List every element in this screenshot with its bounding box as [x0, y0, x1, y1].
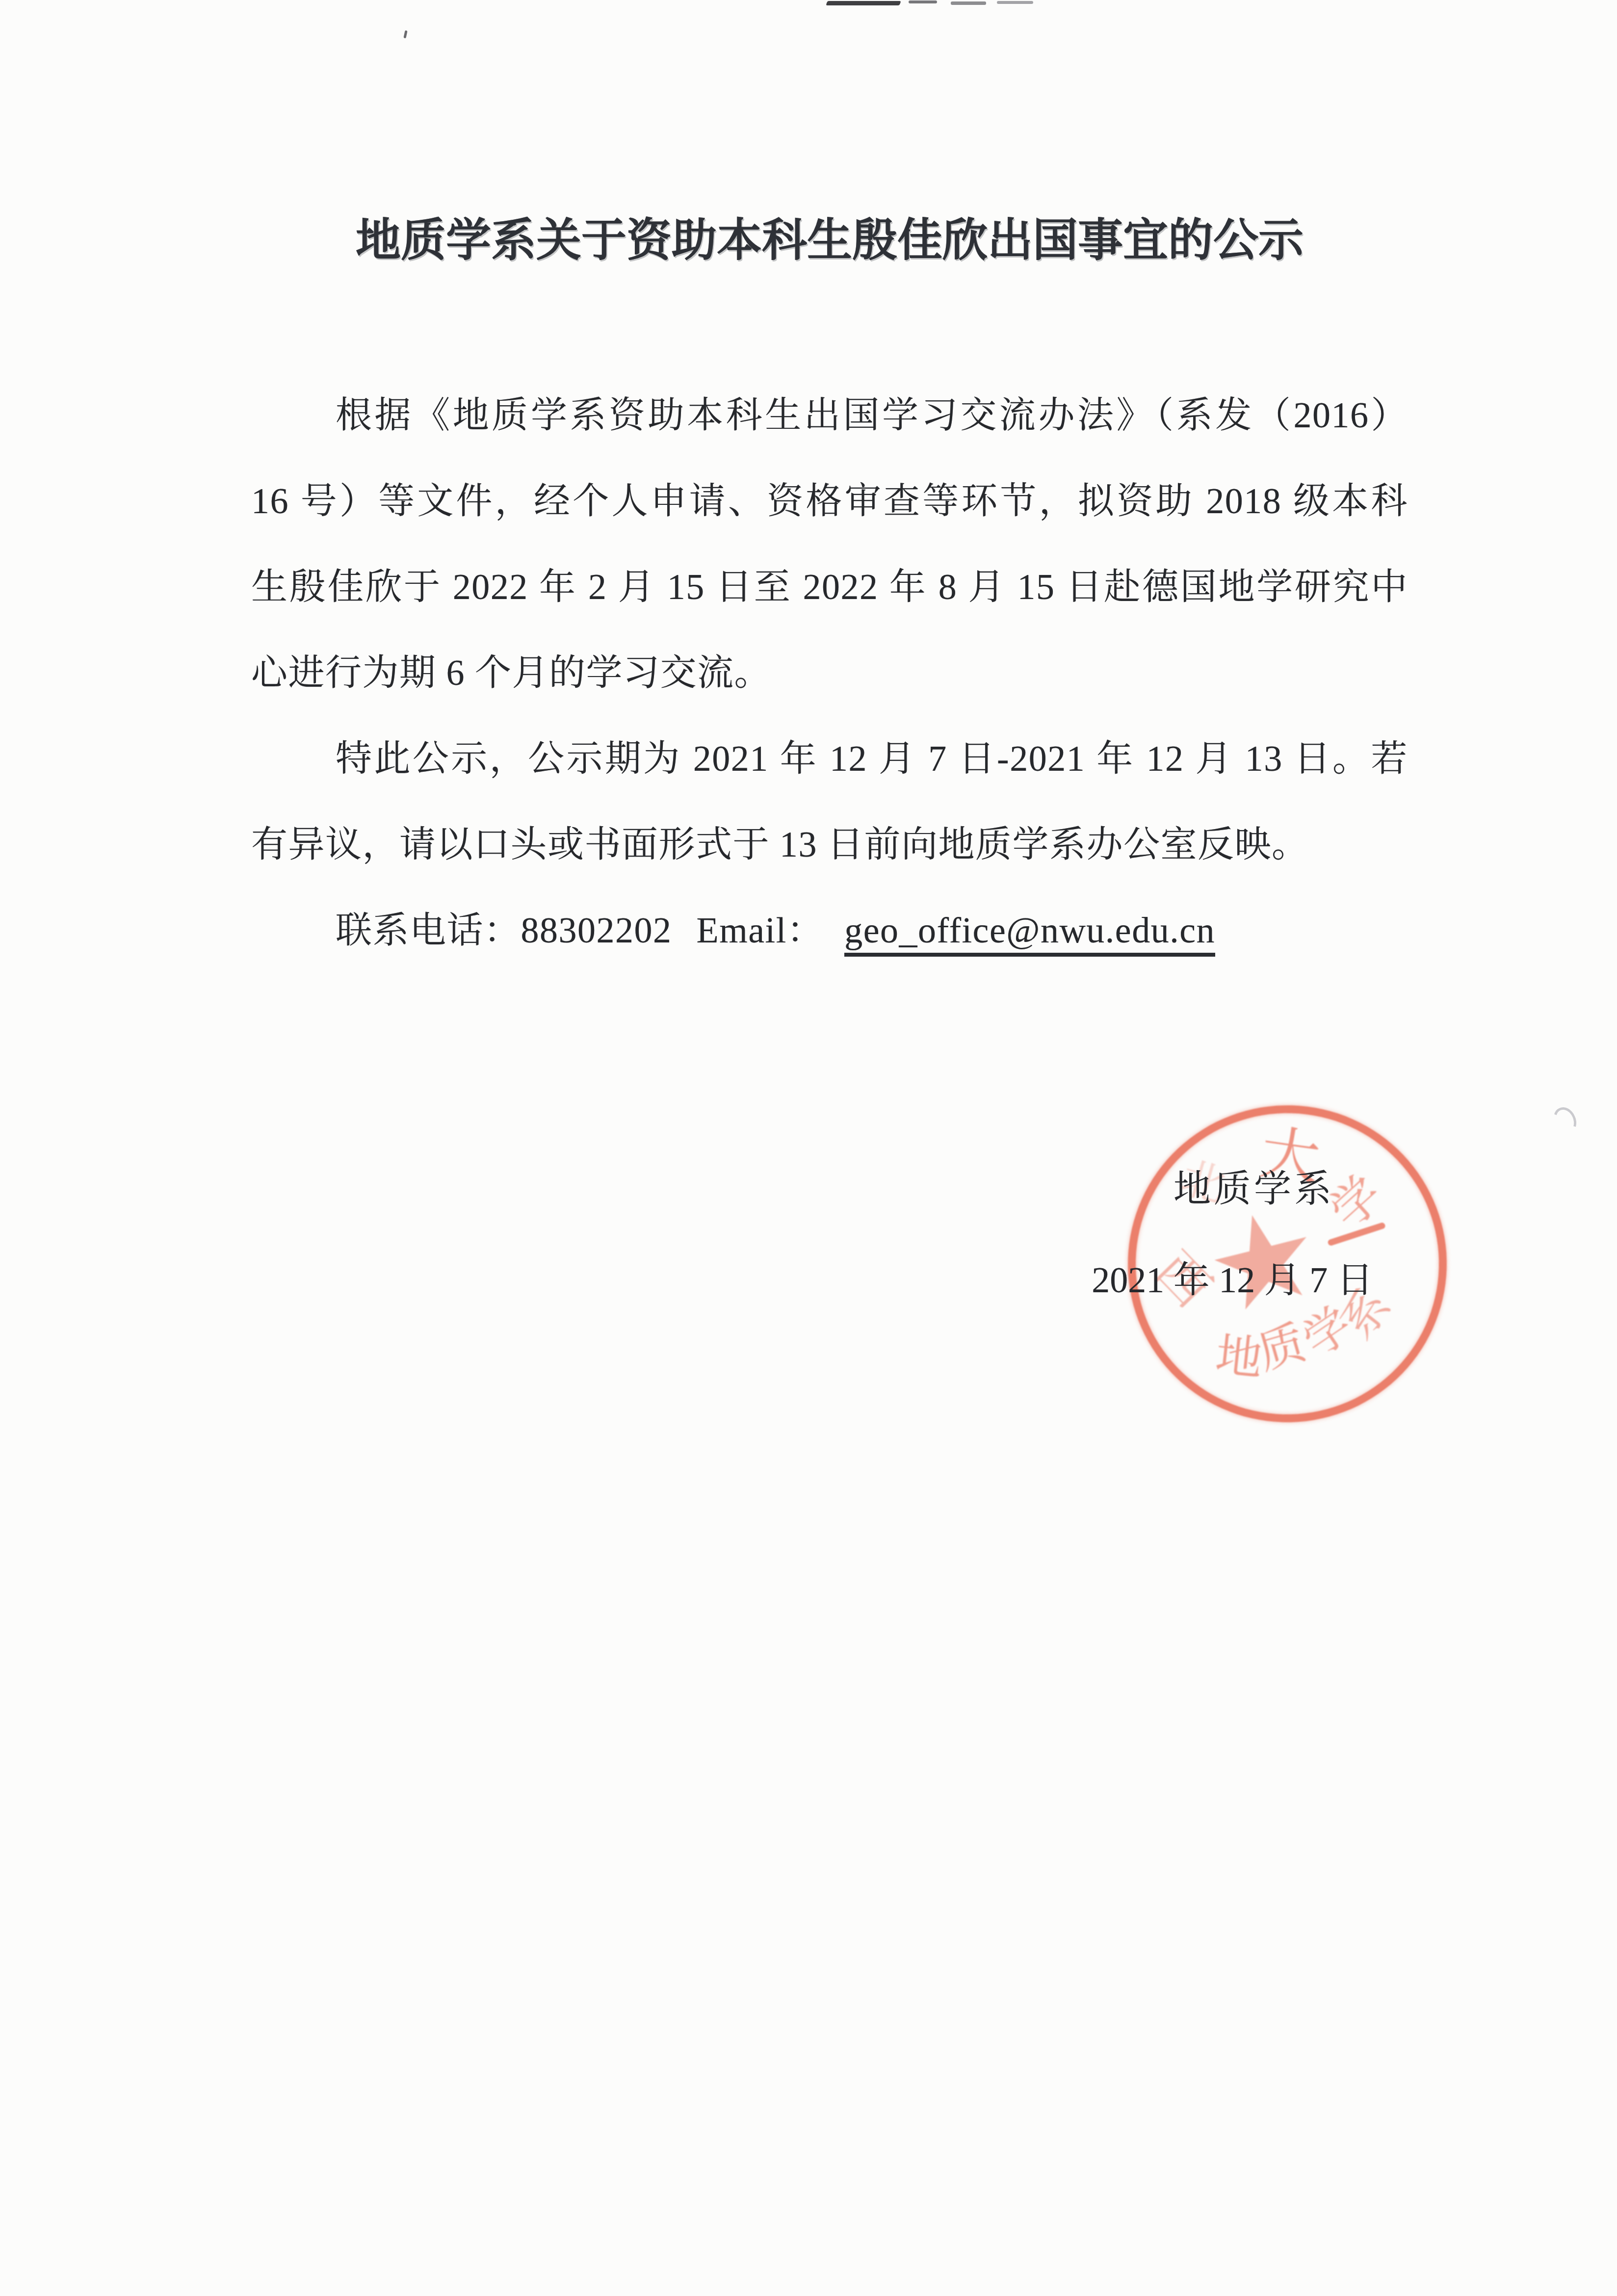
body-line: 16 号）等文件，经个人申请、资格审查等环节，拟资助 2018 级本科 [251, 459, 1408, 545]
body-line: 有异议，请以口头或书面形式于 13 日前向地质学系办公室反映。 [251, 802, 1408, 888]
phone-label: 联系电话： [336, 911, 521, 951]
body-line: 特此公示，公示期为 2021 年 12 月 7 日-2021 年 12 月 13… [251, 716, 1408, 802]
body-line: 生殷佳欣于 2022 年 2 月 15 日至 2022 年 8 月 15 日赴德… [251, 545, 1408, 630]
contact-line: 联系电话：88302202Email：geo_office@nwu.edu.cn [251, 888, 1408, 974]
scanned-notice-page: 地质学系关于资助本科生殷佳欣出国事宜的公示 根据《地质学系资助本科生出国学习交流… [0, 0, 1617, 2296]
document-title: 地质学系关于资助本科生殷佳欣出国事宜的公示 [251, 211, 1408, 270]
email-label: Email： [697, 911, 824, 951]
pencil-mark-artifact [1550, 1103, 1581, 1137]
scan-noise-mark [997, 1, 1033, 4]
email-link[interactable]: geo_office@nwu.edu.cn [844, 911, 1215, 957]
phone-number: 88302202 [521, 911, 672, 951]
document-body: 根据《地质学系资助本科生出国学习交流办法》（系发（2016） 16 号）等文件，… [251, 373, 1408, 974]
scan-noise-mark [909, 0, 937, 3]
body-line: 根据《地质学系资助本科生出国学习交流办法》（系发（2016） [251, 373, 1408, 459]
body-line: 心进行为期 6 个月的学习交流。 [251, 630, 1408, 716]
scan-noise-mark [826, 1, 901, 5]
signature-date: 2021 年 12 月 7 日 [1092, 1256, 1373, 1305]
signature-department: 地质学系 [1174, 1165, 1334, 1214]
scan-noise-mark [951, 1, 986, 5]
scan-speck-artifact [403, 30, 407, 39]
